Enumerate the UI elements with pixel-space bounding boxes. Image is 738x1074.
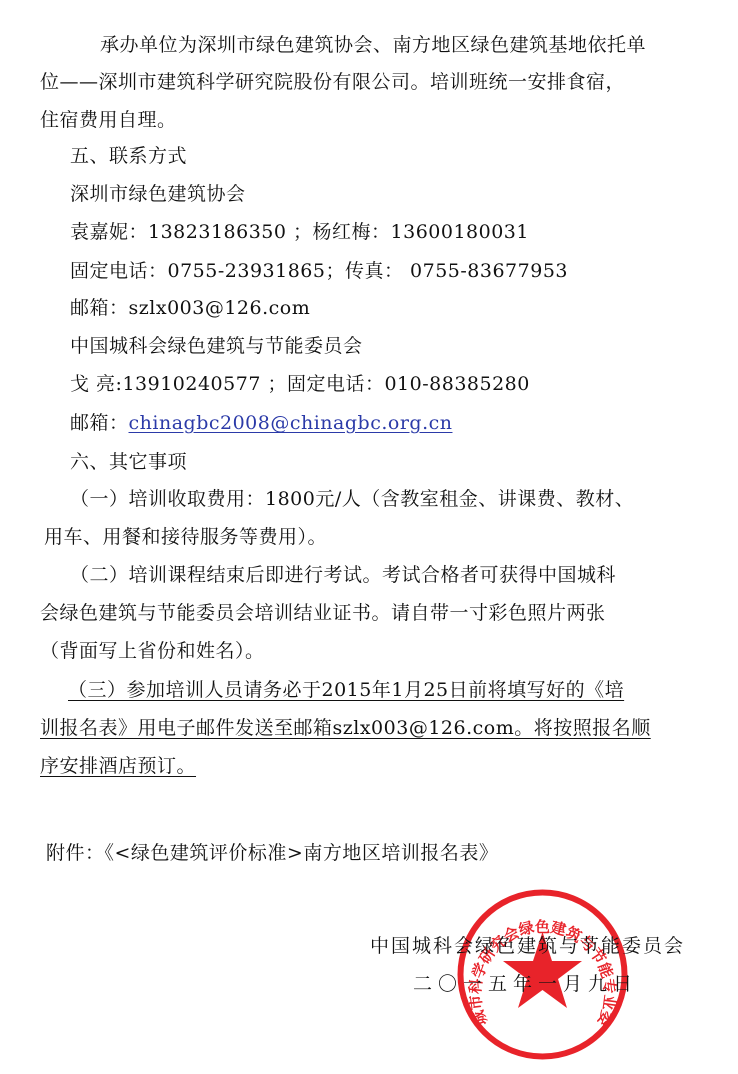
email2-label: 邮箱： (70, 412, 129, 434)
item2-line-3: （背面写上省份和姓名）。 (40, 639, 265, 663)
item2-line-2: 会绿色建筑与节能委员会培训结业证书。请自带一寸彩色照片两张 (40, 601, 606, 625)
org2-contacts: 戈 亮:13910240577 ；固定电话：010-88385280 (70, 372, 530, 396)
org2-name: 中国城科会绿色建筑与节能委员会 (70, 334, 363, 358)
attachment-line: 附件：《<绿色建筑评价标准>南方地区培训报名表》 (46, 841, 498, 865)
item1-line-2: 用车、用餐和接待服务等费用）。 (44, 525, 327, 549)
item1-line-1: （一）培训收取费用：1800元/人（含教室租金、讲课费、教材、 (70, 487, 634, 511)
org1-name: 深圳市绿色建筑协会 (70, 182, 246, 206)
host-paragraph-line-3: 住宿费用自理。 (40, 108, 177, 132)
section5-heading: 五、联系方式 (70, 144, 187, 168)
org1-phone-fax: 固定电话：0755-23931865；传真： 0755-83677953 (70, 259, 568, 283)
item3-line-1: （三）参加培训人员请务必于2015年1月25日前将填写好的《培 (68, 678, 624, 702)
item3-line-2: 训报名表》用电子邮件发送至邮箱szlx003@126.com。将按照报名顺 (40, 716, 651, 740)
host-paragraph-line-1: 承办单位为深圳市绿色建筑协会、南方地区绿色建筑基地依托单 (100, 33, 646, 57)
email1-value: szlx003@126.com (129, 297, 311, 319)
email1-label: 邮箱： (70, 297, 129, 319)
section6-heading: 六、其它事项 (70, 450, 187, 474)
org1-contacts: 袁嘉妮：13823186350 ；杨红梅：13600180031 (70, 220, 529, 244)
signature-org: 中国城科会绿色建筑与节能委员会 (370, 934, 685, 958)
item3-line-3: 序安排酒店预订。 (40, 754, 196, 778)
org1-email-line: 邮箱：szlx003@126.com (70, 296, 310, 320)
host-paragraph-line-2: 位——深圳市建筑科学研究院股份有限公司。培训班统一安排食宿， (40, 70, 625, 94)
email2-link[interactable]: chinagbc2008@chinagbc.org.cn (129, 412, 453, 434)
org2-email-line: 邮箱：chinagbc2008@chinagbc.org.cn (70, 411, 452, 435)
signature-date: 二〇一五年一月九日 (413, 972, 638, 996)
item2-line-1: （二）培训课程结束后即进行考试。考试合格者可获得中国城科 (70, 563, 616, 587)
